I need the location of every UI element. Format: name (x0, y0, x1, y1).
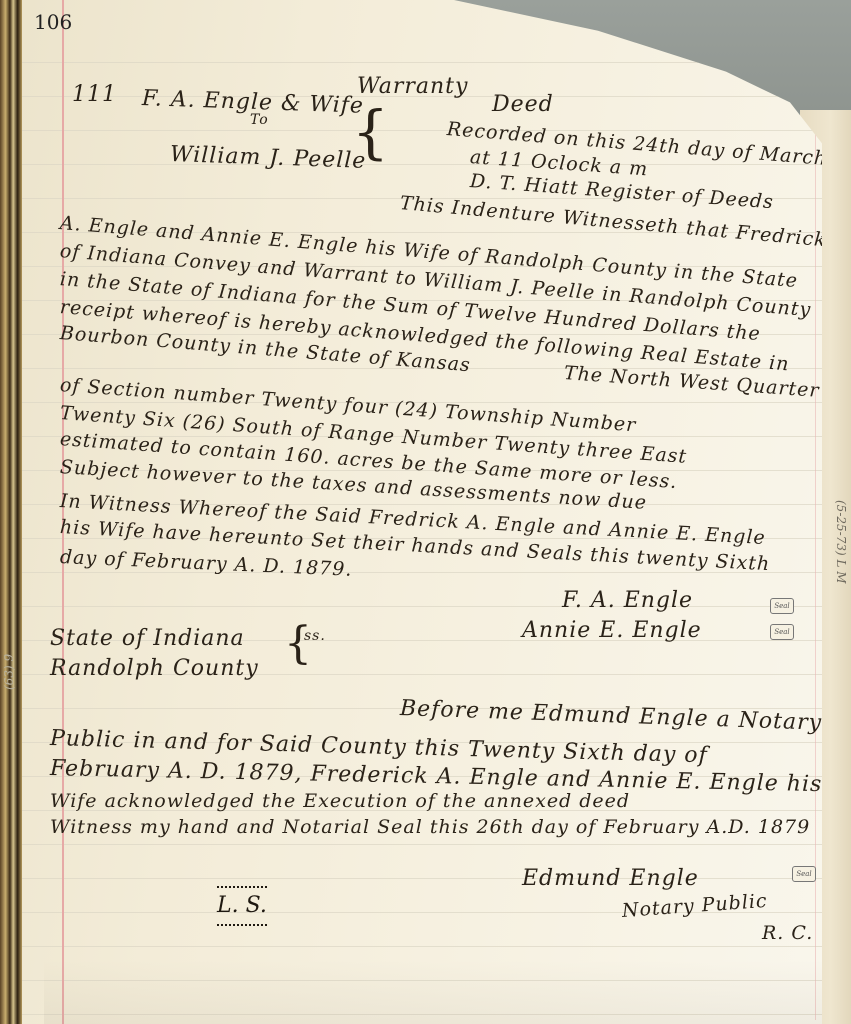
seal-mark-1: Seal (770, 598, 794, 614)
page-number: 106 (34, 10, 72, 34)
entry-number: 111 (72, 82, 117, 107)
ss-label: ss. (304, 628, 326, 644)
seal-mark-2: Seal (770, 624, 794, 640)
notary-title: Notary Public (621, 890, 768, 922)
right-margin-rule (815, 120, 816, 1020)
ruled-line (22, 130, 822, 131)
grantor-signature-1: F. A. Engle (562, 588, 693, 613)
deed-type-title: Warranty (357, 74, 468, 99)
to-label: To (250, 112, 269, 128)
notary-county: R. C. (762, 922, 813, 944)
ls-seal: L. S. (217, 886, 267, 926)
ruled-line (22, 164, 822, 165)
venue-county: Randolph County (50, 656, 259, 681)
book-binding (0, 0, 22, 1024)
ack-line: Wife acknowledged the Execution of the a… (50, 790, 630, 812)
right-margin-pencil-note: (5-25-73) L M (834, 500, 848, 584)
ruled-line (22, 878, 822, 879)
left-margin-pencil-note: (63) 9 (2, 654, 16, 690)
right-margin-area: (5-25-73) L M (828, 0, 851, 1024)
ruled-line (22, 606, 822, 607)
page-shadow (44, 960, 822, 1024)
bracket-brace: { (352, 98, 389, 166)
ack-line: Before me Edmund Engle a Notary (400, 696, 822, 736)
deed-type-title-2: Deed (492, 92, 554, 117)
ledger-page: 106 111 F. A. Engle & Wife To William J.… (22, 0, 822, 1024)
grantee-heading: William J. Peelle (170, 142, 367, 174)
ruled-line (22, 844, 822, 845)
notary-seal-mark: Seal (792, 866, 816, 882)
venue-state: State of Indiana (50, 626, 245, 651)
body-line: day of February A. D. 1879. (60, 546, 353, 581)
grantor-signature-2: Annie E. Engle (522, 618, 702, 643)
notary-signature: Edmund Engle (522, 866, 699, 891)
ruled-line (22, 946, 822, 947)
ruled-line (22, 572, 822, 573)
ack-line: Witness my hand and Notarial Seal this 2… (50, 816, 810, 838)
